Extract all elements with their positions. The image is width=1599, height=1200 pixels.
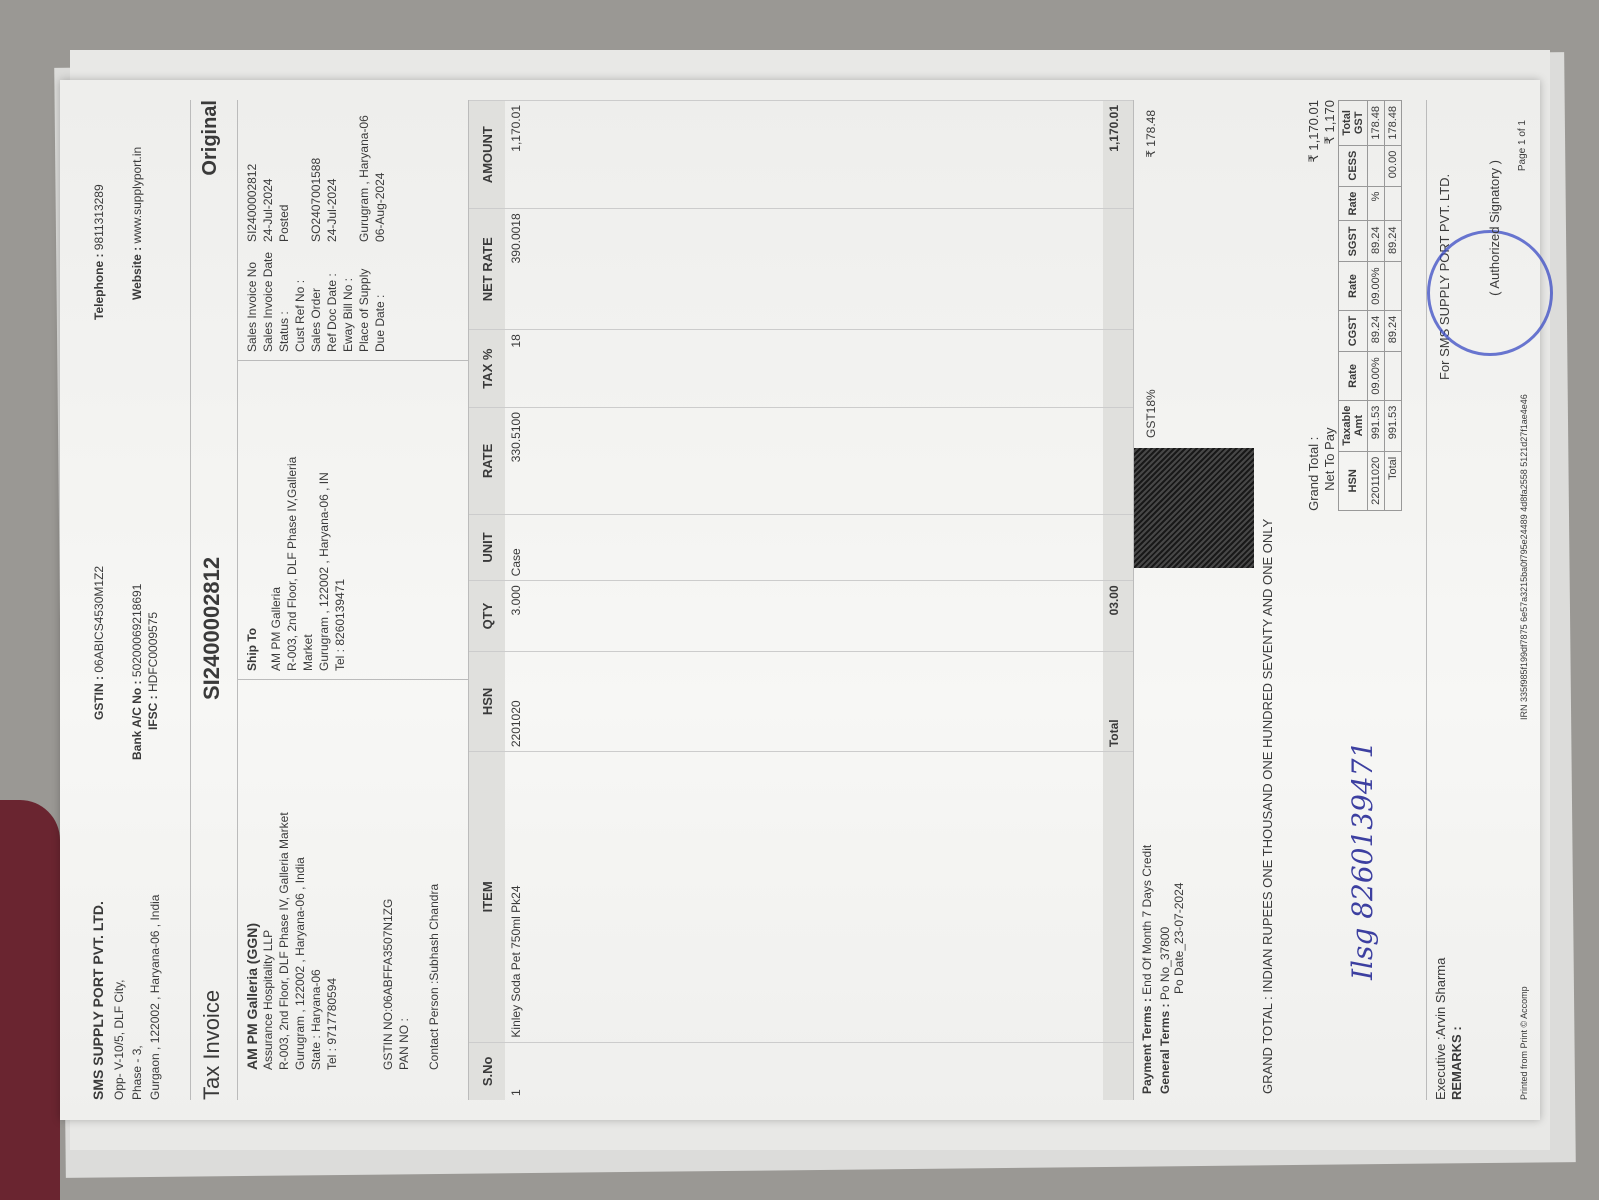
total-cell: 1,170.01	[1103, 101, 1133, 209]
tax-cell: 09.00%	[1367, 262, 1384, 310]
bill-line: Assurance Hospitality LLP	[260, 680, 276, 1070]
empty-cell	[535, 408, 1103, 514]
signature-section: Executive :Arvin Sharma REMARKS : For SM…	[1426, 100, 1537, 1100]
meta-key: Due Date :	[372, 242, 388, 352]
page-number: Page 1 of 1	[1517, 120, 1528, 171]
empty-cell	[535, 752, 1103, 1042]
ship-line: Market	[300, 361, 316, 671]
company-name: SMS SUPPLY PORT PVT. LTD.	[90, 901, 106, 1100]
address-line: Gurgaon , 122002 , Haryana-06 , India	[146, 895, 164, 1100]
tax-cell	[1384, 262, 1401, 310]
meta-row: Sales OrderSO2407001588	[308, 105, 324, 352]
empty-cell	[535, 330, 1103, 408]
copy-label: Original	[199, 100, 222, 176]
invoice-number: SI2400002812	[199, 557, 225, 700]
net-to-pay: ₹ 1,170	[1322, 100, 1338, 144]
bill-pan: PAN NO :	[396, 680, 412, 1070]
tax-cell: 22011020	[1367, 451, 1384, 510]
table-cell: 3.000	[505, 581, 535, 651]
gst-amount: ₹ 178.48	[1144, 110, 1244, 158]
meta-value: Gurugram , Haryana-06	[356, 105, 372, 242]
tax-header: CGST	[1338, 310, 1367, 352]
qr-code	[1134, 448, 1254, 568]
meta-key: Sales Order	[308, 242, 324, 352]
tax-header: Total GST	[1338, 101, 1367, 146]
title-row: Tax Invoice SI2400002812 Original	[191, 100, 238, 1100]
column-header: NET RATE	[469, 209, 505, 330]
meta-value: 06-Aug-2024	[372, 105, 388, 242]
invoice-page: SMS SUPPLY PORT PVT. LTD. Opp- V-10/5, D…	[60, 80, 1540, 1120]
address-line: Opp- V-10/5, DLF City,	[110, 895, 128, 1100]
table-cell: 18	[505, 330, 535, 408]
column-header: RATE	[469, 408, 505, 514]
executive: Executive :Arvin Sharma	[1433, 958, 1448, 1100]
meta-value	[340, 105, 356, 242]
tax-header: SGST	[1338, 221, 1367, 262]
tax-cell: 178.48	[1367, 101, 1384, 146]
tax-cell: 89.24	[1367, 310, 1384, 352]
amount-in-words: GRAND TOTAL : INDIAN RUPEES ONE THOUSAND…	[1254, 100, 1306, 1100]
handwritten-note: Ilsg 8260139471	[1346, 741, 1379, 980]
empty-cell	[535, 514, 1103, 581]
total-row: Total03.001,170.01	[1103, 101, 1133, 1101]
column-header: ITEM	[469, 752, 505, 1042]
hsn-tax-table: HSNTaxable AmtRateCGSTRateSGSTRateCESSTo…	[1338, 100, 1402, 511]
payment-terms: End Of Month 7 Days Credit	[1140, 845, 1154, 995]
tax-header: HSN	[1338, 451, 1367, 510]
ship-line: R-003, 2nd Floor, DLF Phase IV,Galleria	[284, 361, 300, 671]
bill-to: AM PM Galleria (GGN) Assurance Hospitali…	[238, 680, 468, 1100]
table-row: 1Kinley Soda Pet 750ml Pk2422010203.000C…	[505, 101, 535, 1101]
grand-total: ₹ 1,170.01	[1306, 100, 1322, 163]
table-cell: 2201020	[505, 651, 535, 751]
tax-cell: 178.48	[1384, 101, 1401, 146]
tax-cell: 991.53	[1384, 400, 1401, 451]
tax-header: Rate	[1338, 352, 1367, 400]
total-cell: Total	[1103, 651, 1133, 751]
column-header: AMOUNT	[469, 101, 505, 209]
meta-row: Ref Doc Date :24-Jul-2024	[324, 105, 340, 352]
doc-title: Tax Invoice	[199, 990, 225, 1100]
total-cell	[1103, 1042, 1133, 1100]
ship-line: Gurugram , 122002 , Haryana-06 , IN	[316, 361, 332, 671]
ship-to: Ship To AM PM Galleria R-003, 2nd Floor,…	[238, 361, 468, 680]
tax-cell: %	[1367, 186, 1384, 221]
gst-label: GST18%	[1144, 389, 1244, 438]
gst-summary: GST18% ₹ 178.48	[1134, 100, 1254, 448]
bill-line: Tel : 9717780594	[324, 680, 340, 1070]
net-to-pay-label: Net To Pay	[1322, 428, 1338, 491]
address-line: Phase - 3,	[128, 895, 146, 1100]
totals-block: Grand Total :₹ 1,170.01 Net To Pay₹ 1,17…	[1306, 100, 1426, 511]
tax-summary: Ilsg 8260139471 Grand Total :₹ 1,170.01 …	[1306, 100, 1426, 1100]
table-cell: Case	[505, 514, 535, 581]
tax-cell: 991.53	[1367, 400, 1384, 451]
contact-person: Contact Person :Subhash Chandra	[426, 680, 442, 1070]
meta-key: Cust Ref No :	[292, 242, 308, 352]
total-cell	[1103, 330, 1133, 408]
meta-key: Status :	[276, 242, 292, 352]
tax-header: CESS	[1338, 145, 1367, 186]
meta-key: Sales Invoice No	[244, 242, 260, 352]
items-table: S.NoITEMHSNQTYUNITRATETAX %NET RATEAMOUN…	[469, 100, 1133, 1100]
meta-row: Place of SupplyGurugram , Haryana-06	[356, 105, 372, 352]
ship-to-label: Ship To	[244, 361, 260, 671]
tax-cell: 89.24	[1384, 310, 1401, 352]
party-section: AM PM Galleria (GGN) Assurance Hospitali…	[238, 100, 469, 1100]
column-header: QTY	[469, 581, 505, 651]
meta-value	[292, 105, 308, 242]
company-address: Opp- V-10/5, DLF City, Phase - 3, Gurgao…	[110, 895, 164, 1100]
ship-line: Tel : 8260139471	[332, 361, 348, 671]
table-cell: 330.5100	[505, 408, 535, 514]
empty-cell	[535, 651, 1103, 751]
company-header: SMS SUPPLY PORT PVT. LTD. Opp- V-10/5, D…	[90, 100, 191, 1100]
column-header: TAX %	[469, 330, 505, 408]
meta-row: Cust Ref No :	[292, 105, 308, 352]
meta-value: SO2407001588	[308, 105, 324, 242]
website: Website : www.supplyport.in	[130, 147, 144, 300]
table-cell: 1	[505, 1042, 535, 1100]
meta-value: SI2400002812	[244, 105, 260, 242]
invoice-meta: Sales Invoice NoSI2400002812Sales Invoic…	[238, 100, 468, 361]
printed-from: Printed from Print © Accomp	[1519, 986, 1529, 1100]
tax-header: Taxable Amt	[1338, 400, 1367, 451]
tax-cell: 00.00	[1384, 145, 1401, 186]
meta-value: 24-Jul-2024	[260, 105, 276, 242]
authorized-signatory: ( Authorized Signatory )	[1487, 160, 1502, 296]
bill-gstin: GSTIN NO:06ABFFA3507N1ZG	[380, 680, 396, 1070]
meta-value: Posted	[276, 105, 292, 242]
bank-account: Bank A/C No : 50200069218691	[130, 584, 144, 760]
ifsc: IFSC : HDFC0009575	[146, 612, 160, 730]
tax-cell: 89.24	[1367, 221, 1384, 262]
telephone: Telephone : 9811313289	[92, 184, 106, 320]
bill-to-name: AM PM Galleria (GGN)	[244, 680, 260, 1070]
table-cell: 390.0018	[505, 209, 535, 330]
gstin: GSTIN : 06ABICS4530M1Z2	[92, 566, 106, 720]
meta-row: Sales Invoice NoSI2400002812	[244, 105, 260, 352]
terms: Payment Terms : End Of Month 7 Days Cred…	[1134, 568, 1254, 1100]
bill-line: Gurugram , 122002 , Haryana-06 , India	[292, 680, 308, 1070]
bill-line: State : Haryana-06	[308, 680, 324, 1070]
tax-header: Rate	[1338, 186, 1367, 221]
meta-key: Place of Supply	[356, 242, 372, 352]
meta-row: Sales Invoice Date24-Jul-2024	[260, 105, 276, 352]
remarks: REMARKS :	[1449, 1026, 1464, 1100]
meta-value: 24-Jul-2024	[324, 105, 340, 242]
tax-header: Rate	[1338, 262, 1367, 310]
grand-total-label: Grand Total :	[1306, 437, 1322, 511]
meta-key: Eway Bill No :	[340, 242, 356, 352]
handwritten-area: Ilsg 8260139471	[1306, 511, 1426, 1100]
empty-cell	[535, 209, 1103, 330]
empty-cell	[535, 101, 1103, 209]
tax-cell: 09.00%	[1367, 352, 1384, 400]
total-cell	[1103, 514, 1133, 581]
total-cell	[1103, 408, 1133, 514]
background-cloth	[0, 800, 60, 1200]
irn: IRN 335f985f199df7875 6e57a3215ba0f795e2…	[1519, 394, 1529, 720]
tax-cell: 89.24	[1384, 221, 1401, 262]
table-cell: 1,170.01	[505, 101, 535, 209]
meta-row: Due Date :06-Aug-2024	[372, 105, 388, 352]
meta-key: Sales Invoice Date	[260, 242, 276, 352]
tax-cell: Total	[1384, 451, 1401, 510]
column-header: HSN	[469, 651, 505, 751]
po-date: Po Date_23-07-2024	[1172, 574, 1186, 1094]
column-header: UNIT	[469, 514, 505, 581]
table-cell: Kinley Soda Pet 750ml Pk24	[505, 752, 535, 1042]
tax-cell	[1367, 145, 1384, 186]
total-cell	[1103, 752, 1133, 1042]
empty-cell	[535, 581, 1103, 651]
po-number: Po No_37800	[1158, 927, 1172, 1000]
tax-cell	[1384, 186, 1401, 221]
total-cell	[1103, 209, 1133, 330]
column-header: S.No	[469, 1042, 505, 1100]
meta-row: Eway Bill No :	[340, 105, 356, 352]
total-cell: 03.00	[1103, 581, 1133, 651]
bill-line: R-003, 2nd Floor, DLF Phase IV, Galleria…	[276, 680, 292, 1070]
ship-line: AM PM Galleria	[268, 361, 284, 671]
meta-key: Ref Doc Date :	[324, 242, 340, 352]
meta-row: Status :Posted	[276, 105, 292, 352]
tax-cell	[1384, 352, 1401, 400]
empty-cell	[535, 1042, 1103, 1100]
terms-section: Payment Terms : End Of Month 7 Days Cred…	[1133, 100, 1254, 1100]
